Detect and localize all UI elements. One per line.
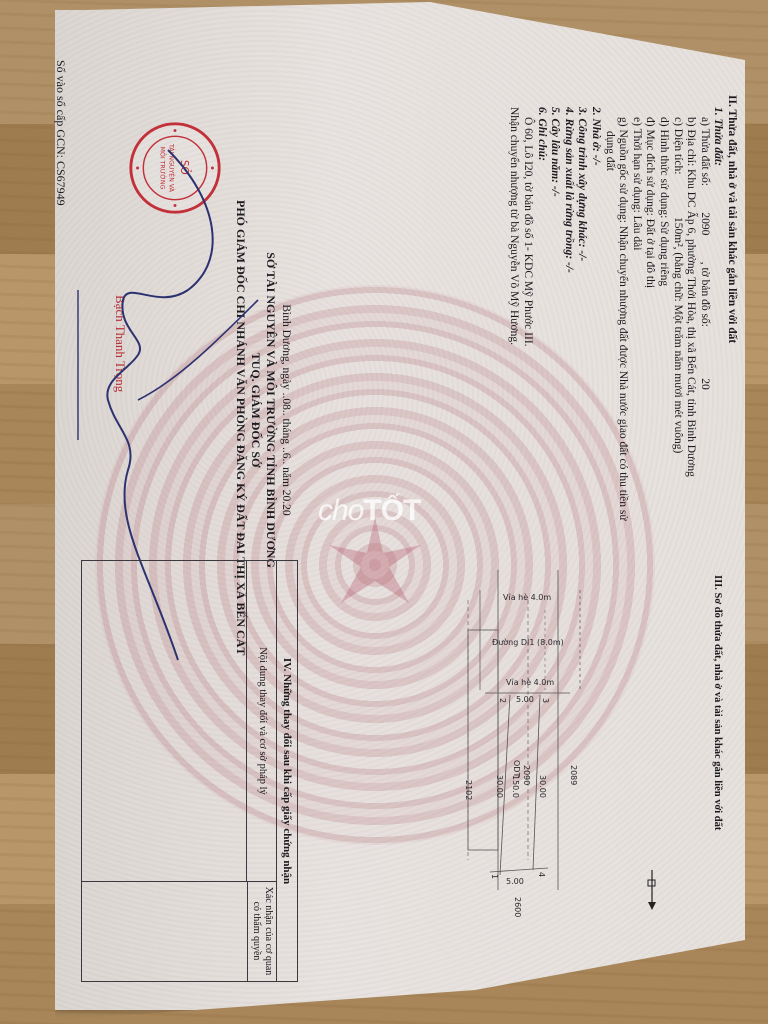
north-arrow-icon [648, 870, 656, 910]
back-width-label: 5.00 [506, 877, 524, 886]
right-length-label: 30.00 [538, 775, 547, 798]
neighbor-left-label: 2102 [464, 780, 473, 800]
neighbor-right-label: 2089 [569, 765, 578, 785]
corner-2-label: 2 [498, 698, 507, 703]
road-label: Đường DI1 (8.0m) [492, 637, 564, 647]
corner-4-label: 4 [537, 872, 546, 877]
left-length-label: 30.00 [495, 775, 504, 798]
sidewalk-bottom-label: Vỉa hè 4.0m [506, 677, 554, 687]
corner-1-label: 1 [490, 874, 499, 879]
corner-3-label: 3 [541, 698, 550, 703]
parcel-area-label: 150.0 [511, 775, 520, 798]
sidewalk-top-label: Vỉa hè 4.0m [503, 592, 551, 602]
parcel-number-label: 2090 [522, 765, 531, 785]
chotot-watermark: choTỐT [318, 494, 420, 528]
front-width-label: 5.00 [516, 695, 534, 704]
neighbor-back-label: 2600 [513, 897, 522, 917]
